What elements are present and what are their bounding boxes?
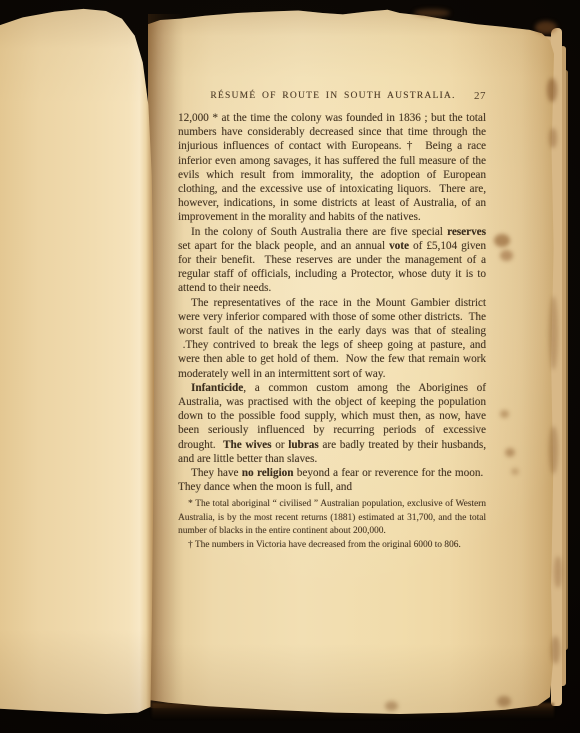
page-edge-stack-1 (551, 28, 562, 706)
bold-term: vote (389, 240, 409, 252)
book-photo: RÉSUMÉ OF ROUTE IN SOUTH AUSTRALIA. 27 1… (0, 0, 580, 733)
paragraph-1: 12,000 * at the time the colony was foun… (178, 111, 486, 225)
running-header: RÉSUMÉ OF ROUTE IN SOUTH AUSTRALIA. (178, 91, 488, 101)
book-page: RÉSUMÉ OF ROUTE IN SOUTH AUSTRALIA. 27 1… (148, 8, 554, 714)
bold-term: lubras (288, 439, 318, 451)
text-run: They have (191, 467, 242, 479)
bold-term: no religion (242, 467, 294, 479)
page-header: RÉSUMÉ OF ROUTE IN SOUTH AUSTRALIA. 27 (178, 91, 488, 105)
text-run: 12,000 * at the time the colony was foun… (178, 112, 486, 223)
paragraph-3: The representatives of the race in the M… (178, 296, 486, 381)
text-run: or (271, 439, 288, 451)
text-run: set apart for the black people, and an a… (178, 240, 389, 252)
text-run: The representatives of the race in the M… (178, 297, 486, 380)
bold-term: Infanticide (191, 382, 243, 394)
paragraph-4: Infanticide, a common custom among the A… (178, 381, 486, 466)
bold-term: reserves (447, 226, 486, 238)
facing-page (0, 6, 154, 714)
body-text: 12,000 * at the time the colony was foun… (178, 111, 486, 552)
footnote-1: * The total aboriginal “ civilised ” Aus… (178, 498, 486, 538)
page-number: 27 (474, 90, 486, 102)
paragraph-2: In the colony of South Australia there a… (178, 225, 486, 296)
footnotes: * The total aboriginal “ civilised ” Aus… (178, 498, 486, 552)
footnote-2: † The numbers in Victoria have decreased… (178, 539, 486, 552)
bold-term: The wives (223, 439, 271, 451)
text-run: In the colony of South Australia there a… (191, 226, 447, 238)
paragraph-5: They have no religion beyond a fear or r… (178, 466, 486, 494)
